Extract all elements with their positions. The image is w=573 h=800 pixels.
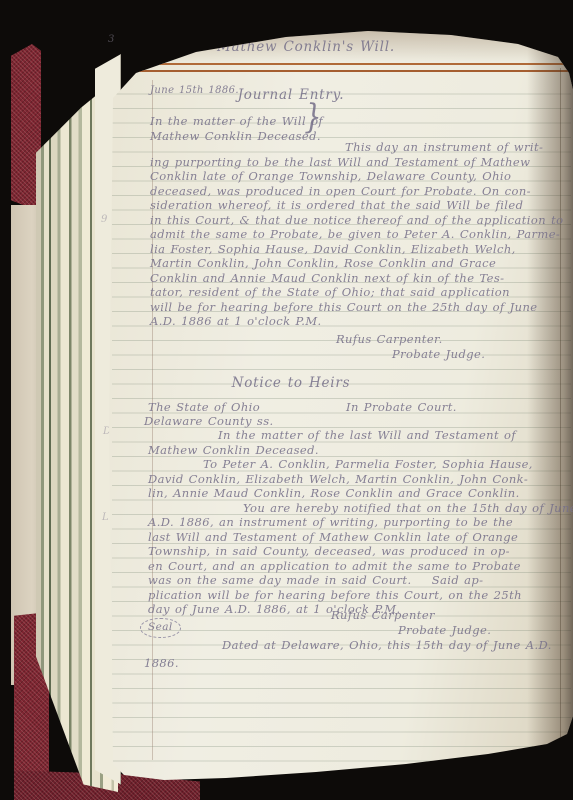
journal-line: Martin Conklin, John Conklin, Rose Conkl… xyxy=(150,256,566,271)
journal-line: in this Court, & that due notice thereof… xyxy=(150,213,566,228)
notice-line: was on the same day made in said Court. … xyxy=(148,573,568,588)
notice-line: last Will and Testament of Mathew Conkli… xyxy=(148,530,568,545)
seal-label: Seal xyxy=(140,618,181,638)
journal-line: admit the same to Probate, be given to P… xyxy=(150,227,566,242)
venue-court: In Probate Court. xyxy=(346,400,457,415)
notice-line: plication will be for hearing before thi… xyxy=(148,588,568,603)
judge-title: Probate Judge. xyxy=(392,347,485,362)
journal-line: Conklin and Annie Maud Conklin next of k… xyxy=(150,271,566,286)
venue-state: The State of Ohio xyxy=(148,400,260,415)
judge-signature: Rufus Carpenter xyxy=(331,608,435,623)
journal-line: A.D. 1886 at 1 o'clock P.M. xyxy=(150,314,566,329)
notice-line: In the matter of the last Will and Testa… xyxy=(148,428,568,443)
journal-heading: Journal Entry. xyxy=(196,88,386,103)
notice-line: Mathew Conklin Deceased. xyxy=(148,443,568,458)
judge-title: Probate Judge. xyxy=(398,623,491,638)
margin-mark: 3 xyxy=(108,34,114,45)
notice-line: A.D. 1886, an instrument of writing, pur… xyxy=(148,515,568,530)
notice-line: lin, Annie Maud Conklin, Rose Conklin an… xyxy=(148,486,568,501)
dated-year: 1886. xyxy=(144,656,179,671)
notice-line: en Court, and an application to admit th… xyxy=(148,559,568,574)
case-caption: In the matter of the Will ofMathew Conkl… xyxy=(150,114,323,143)
journal-line: deceased, was produced in open Court for… xyxy=(150,184,566,199)
page-title: Mathew Conklin's Will. xyxy=(166,40,446,55)
journal-body: This day an instrument of writ-ing purpo… xyxy=(150,140,566,329)
header-rule-top xyxy=(106,63,573,65)
judge-signature: Rufus Carpenter. xyxy=(336,332,443,347)
header-rule-bottom xyxy=(106,70,573,72)
journal-line: will be for hearing before this Court on… xyxy=(150,300,566,315)
venue-county: Delaware County ss. xyxy=(144,414,274,429)
journal-line: ing purporting to be the last Will and T… xyxy=(150,155,566,170)
notice-heading: Notice to Heirs xyxy=(196,376,386,391)
record-book-page: 382 Mathew Conklin's Will. June 15th 188… xyxy=(106,28,573,790)
caption-brace: } xyxy=(304,110,322,125)
caption-line: In the matter of the Will of xyxy=(150,114,323,129)
dated-line: Dated at Delaware, Ohio, this 15th day o… xyxy=(222,638,552,653)
seal-stamp: Seal xyxy=(140,618,181,638)
journal-line: Conklin late of Orange Township, Delawar… xyxy=(150,169,566,184)
margin-mark: 9 xyxy=(101,214,107,225)
notice-body: In the matter of the last Will and Testa… xyxy=(148,428,568,617)
journal-line: tator, resident of the State of Ohio; th… xyxy=(150,285,566,300)
notice-line: You are hereby notified that on the 15th… xyxy=(148,501,568,516)
photographed-record-book: { "page": { "number": "382", "title": "M… xyxy=(0,0,573,800)
journal-line: sideration whereof, it is ordered that t… xyxy=(150,198,566,213)
notice-line: David Conklin, Elizabeth Welch, Martin C… xyxy=(148,472,568,487)
journal-line: lia Foster, Sophia Hause, David Conklin,… xyxy=(150,242,566,257)
notice-line: To Peter A. Conklin, Parmelia Foster, So… xyxy=(148,457,568,472)
notice-line: Township, in said County, deceased, was … xyxy=(148,544,568,559)
journal-line: This day an instrument of writ- xyxy=(150,140,566,155)
page-number: 382 xyxy=(124,28,166,48)
margin-mark: L xyxy=(102,512,109,523)
